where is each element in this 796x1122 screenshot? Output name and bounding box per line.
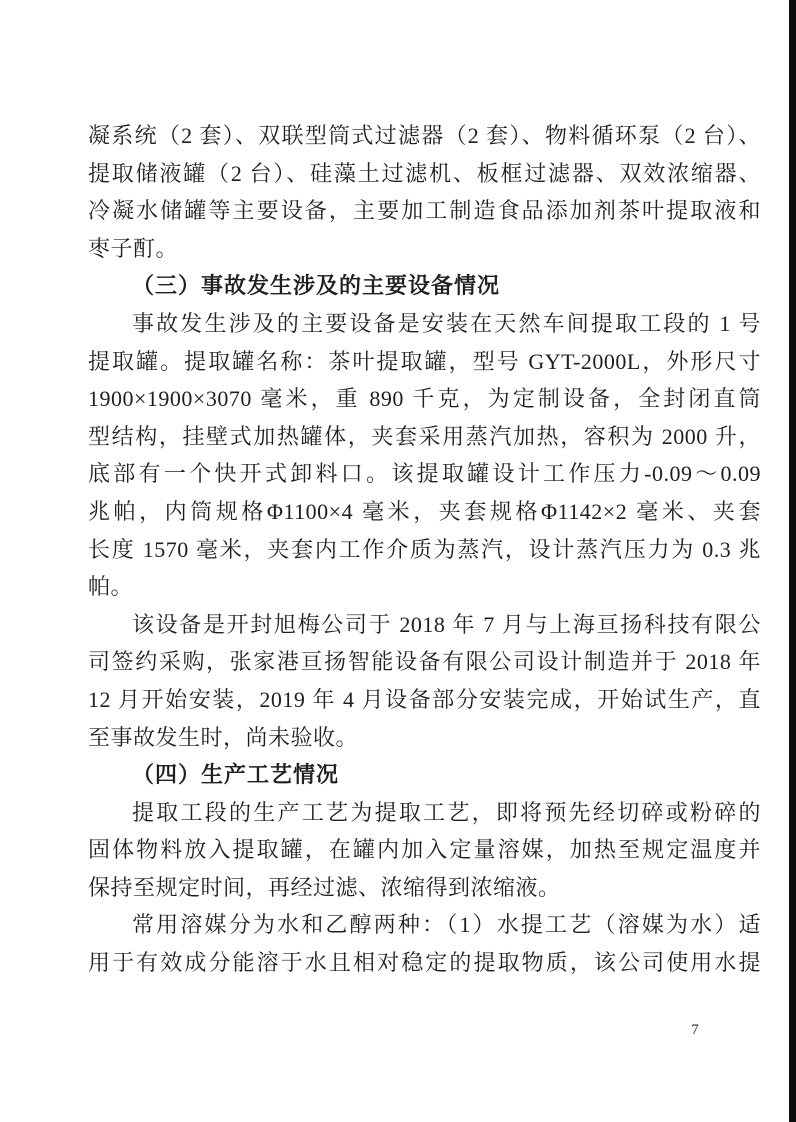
text-line: 兆帕，内筒规格Φ1100×4 毫米，夹套规格Φ1142×2 毫米、夹套: [88, 493, 761, 531]
text-line: 常用溶媒分为水和乙醇两种：（1）水提工艺（溶媒为水）适: [88, 906, 761, 944]
text-line: 提取工段的生产工艺为提取工艺，即将预先经切碎或粉碎的: [88, 794, 761, 832]
text-line: 保持至规定时间，再经过滤、浓缩得到浓缩液。: [88, 869, 761, 907]
section-heading: （四）生产工艺情况: [88, 756, 761, 794]
text-line: 该设备是开封旭梅公司于 2018 年 7 月与上海亘扬科技有限公: [88, 606, 761, 644]
text-line: 至事故发生时，尚未验收。: [88, 719, 761, 757]
text-line: 1900×1900×3070 毫米，重 890 千克，为定制设备，全封闭直筒: [88, 380, 761, 418]
text-line: 帕。: [88, 568, 761, 606]
page-number: 7: [682, 1020, 708, 1040]
document-body: 凝系统（2 套）、双联型筒式过滤器（2 套）、物料循环泵（2 台）、提取储液罐（…: [88, 117, 761, 982]
text-line: 底部有一个快开式卸料口。该提取罐设计工作压力-0.09～0.09: [88, 455, 761, 493]
text-line: 冷凝水储罐等主要设备，主要加工制造食品添加剂茶叶提取液和: [88, 192, 761, 230]
section-heading: （三）事故发生涉及的主要设备情况: [88, 267, 761, 305]
text-line: 事故发生涉及的主要设备是安装在天然车间提取工段的 1 号: [88, 305, 761, 343]
text-line: 凝系统（2 套）、双联型筒式过滤器（2 套）、物料循环泵（2 台）、: [88, 117, 761, 155]
text-line: 枣子酊。: [88, 230, 761, 268]
scan-edge-artifact: [789, 0, 796, 1122]
text-line: 提取罐。提取罐名称：茶叶提取罐，型号 GYT-2000L，外形尺寸: [88, 343, 761, 381]
text-line: 提取储液罐（2 台）、硅藻土过滤机、板框过滤器、双效浓缩器、: [88, 155, 761, 193]
document-page: 凝系统（2 套）、双联型筒式过滤器（2 套）、物料循环泵（2 台）、提取储液罐（…: [0, 0, 796, 1122]
text-line: 用于有效成分能溶于水且相对稳定的提取物质，该公司使用水提: [88, 944, 761, 982]
text-line: 司签约采购，张家港亘扬智能设备有限公司设计制造并于 2018 年: [88, 643, 761, 681]
text-line: 固体物料放入提取罐，在罐内加入定量溶媒，加热至规定温度并: [88, 831, 761, 869]
text-line: 型结构，挂壁式加热罐体，夹套采用蒸汽加热，容积为 2000 升，: [88, 418, 761, 456]
text-line: 长度 1570 毫米，夹套内工作介质为蒸汽，设计蒸汽压力为 0.3 兆: [88, 531, 761, 569]
text-line: 12 月开始安装，2019 年 4 月设备部分安装完成，开始试生产，直: [88, 681, 761, 719]
